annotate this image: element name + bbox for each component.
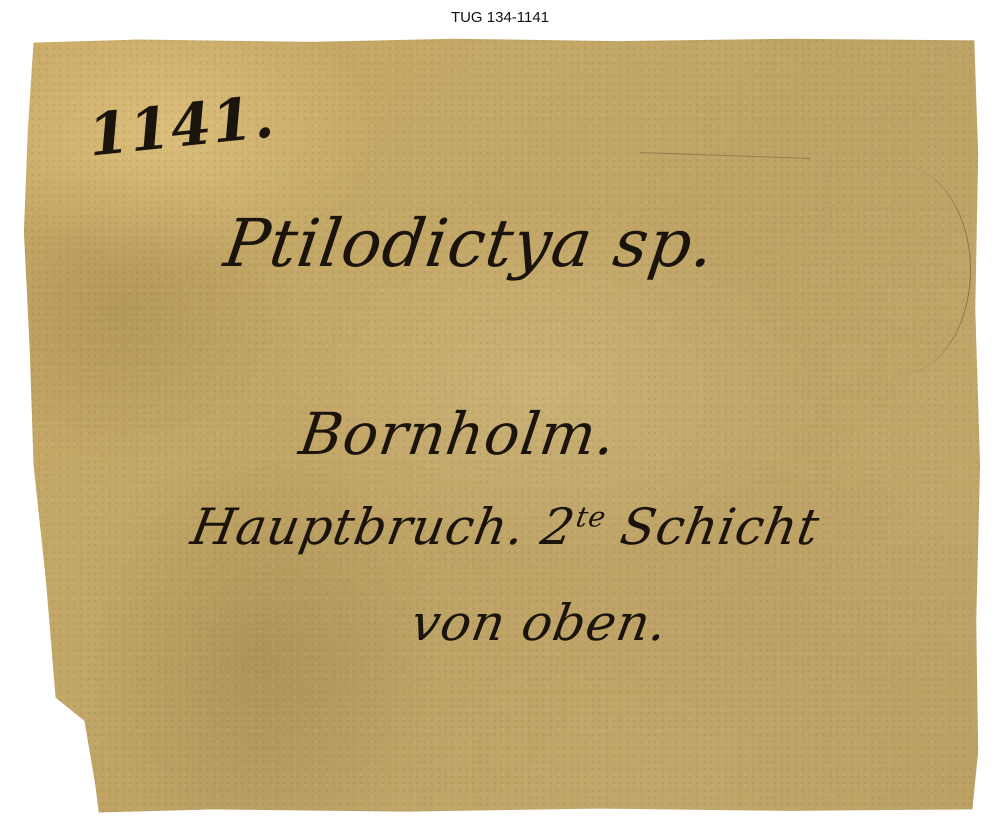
taxon-name: Ptilodictya sp. <box>220 205 720 282</box>
stratum-suffix: Schicht <box>599 498 824 556</box>
locality: Bornholm. <box>295 400 620 468</box>
position-note: von oben. <box>407 594 672 652</box>
specimen-caption: TUG 134-1141 <box>0 9 1000 26</box>
stratum-prefix: Hauptbruch. 2 <box>187 498 580 556</box>
stratum: Hauptbruch. 2te Schicht <box>187 498 824 556</box>
